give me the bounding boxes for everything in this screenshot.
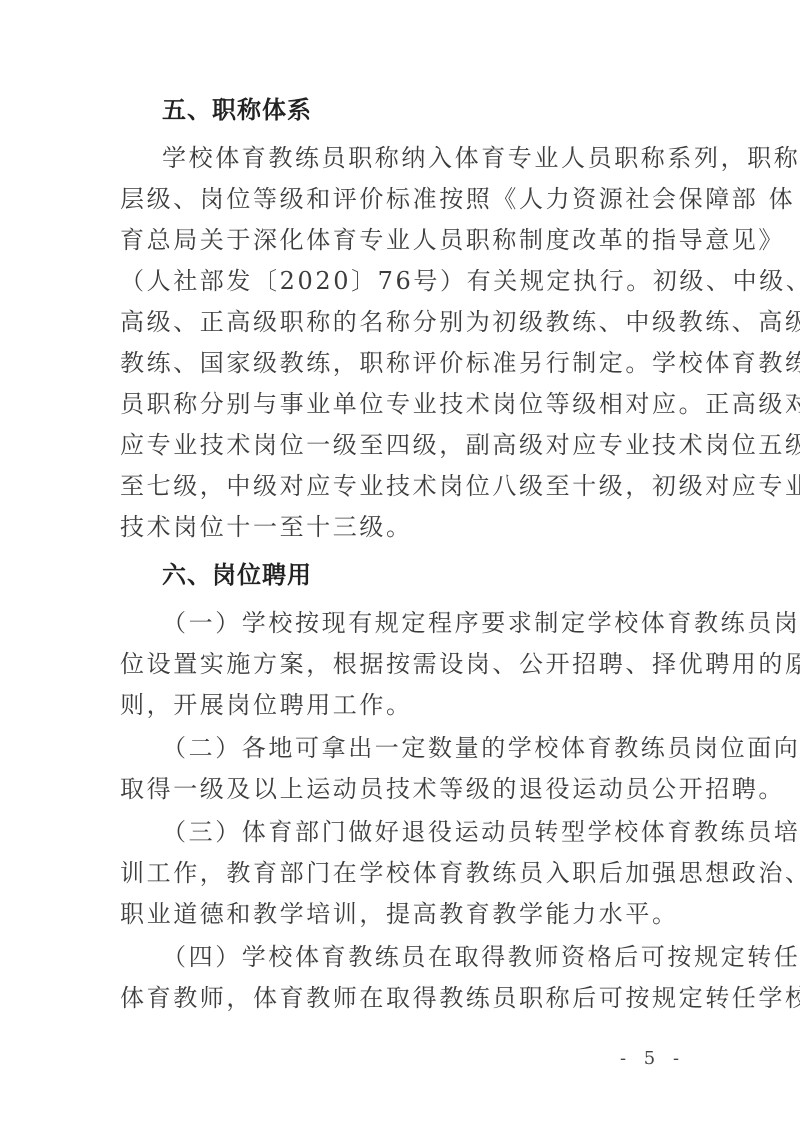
- paragraph-line: 员职称分别与事业单位专业技术岗位等级相对应。正高级对: [120, 389, 680, 419]
- paragraph-line: （人社部发〔2020〕76号）有关规定执行。初级、中级、副: [120, 266, 680, 296]
- paragraph-line: 学校体育教练员职称纳入体育专业人员职称系列，职称: [162, 143, 682, 173]
- section-heading-post-employment: 六、岗位聘用: [162, 560, 722, 590]
- paragraph-line: 高级、正高级职称的名称分别为初级教练、中级教练、高级: [120, 307, 680, 337]
- paragraph-line: 育总局关于深化体育专业人员职称制度改革的指导意见》: [120, 225, 680, 255]
- paragraph-line: （一）学校按现有规定程序要求制定学校体育教练员岗: [162, 608, 682, 638]
- paragraph-line: 教练、国家级教练，职称评价标准另行制定。学校体育教练: [120, 348, 680, 378]
- paragraph-line: 职业道德和教学培训，提高教育教学能力水平。: [120, 899, 680, 929]
- paragraph-line: （二）各地可拿出一定数量的学校体育教练员岗位面向: [162, 733, 682, 763]
- paragraph-line: 应专业技术岗位一级至四级，副高级对应专业技术岗位五级: [120, 430, 680, 460]
- page-number: - 5 -: [620, 1048, 685, 1070]
- paragraph-line: 体育教师，体育教师在取得教练员职称后可按规定转任学校: [120, 983, 680, 1013]
- document-page: 五、职称体系 学校体育教练员职称纳入体育专业人员职称系列，职称 层级、岗位等级和…: [0, 0, 800, 1130]
- paragraph-line: 位设置实施方案，根据按需设岗、公开招聘、择优聘用的原: [120, 649, 680, 679]
- paragraph-line: 取得一级及以上运动员技术等级的退役运动员公开招聘。: [120, 774, 680, 804]
- paragraph-line: 技术岗位十一至十三级。: [120, 512, 680, 542]
- paragraph-line: 则，开展岗位聘用工作。: [120, 690, 680, 720]
- paragraph-line: 层级、岗位等级和评价标准按照《人力资源社会保障部 体: [120, 184, 680, 214]
- section-heading-title-system: 五、职称体系: [162, 95, 722, 125]
- paragraph-line: （四）学校体育教练员在取得教师资格后可按规定转任: [162, 942, 682, 972]
- paragraph-line: （三）体育部门做好退役运动员转型学校体育教练员培: [162, 817, 682, 847]
- paragraph-line: 至七级，中级对应专业技术岗位八级至十级，初级对应专业: [120, 471, 680, 501]
- paragraph-line: 训工作，教育部门在学校体育教练员入职后加强思想政治、: [120, 858, 680, 888]
